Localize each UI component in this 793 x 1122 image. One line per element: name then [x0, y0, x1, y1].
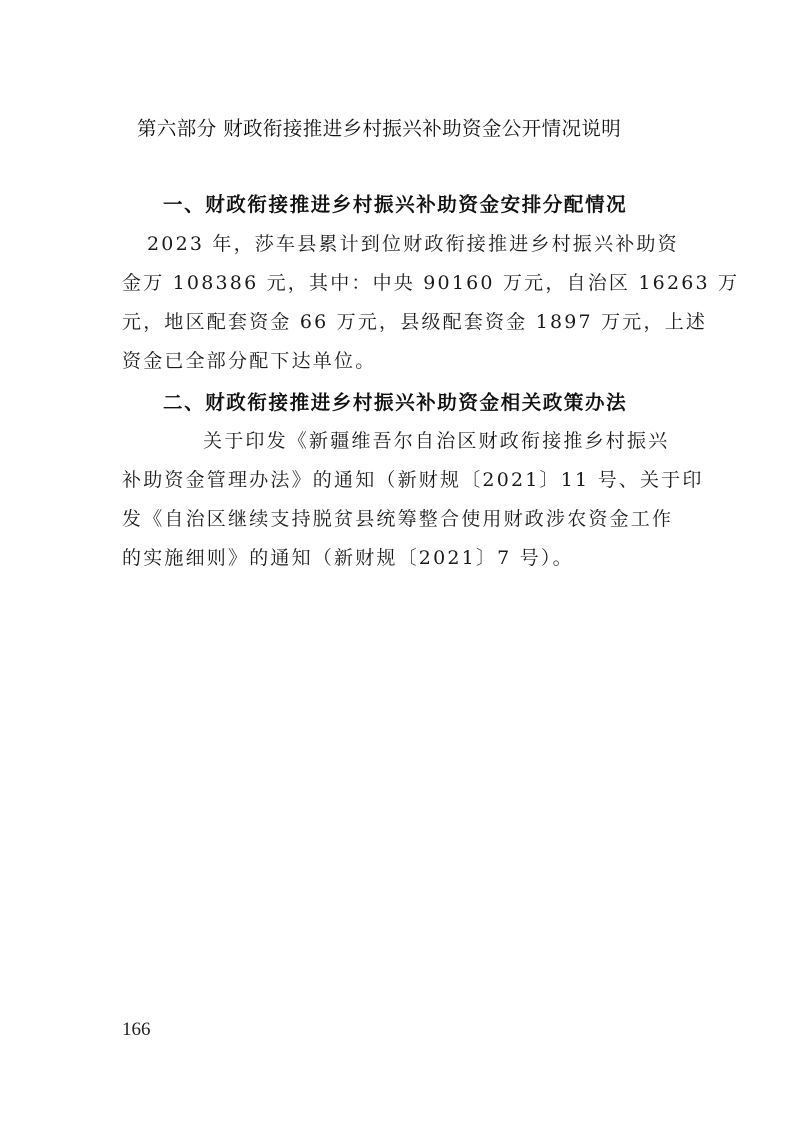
paragraph-line: 金万 108386 元，其中：中央 90160 万元，自治区 16263 万	[122, 268, 739, 295]
paragraph-line: 的实施细则》的通知（新财规〔2021〕7 号）。	[122, 543, 574, 570]
page-number: 166	[122, 1019, 151, 1041]
paragraph-line: 资金已全部分配下达单位。	[122, 346, 376, 373]
page-title: 第六部分 财政衔接推进乡村振兴补助资金公开情况说明	[137, 113, 621, 141]
paragraph-line: 发《自治区继续支持脱贫县统筹整合使用财政涉农资金工作	[122, 504, 673, 531]
section-heading-2: 二、财政衔接推进乡村振兴补助资金相关政策办法	[163, 387, 627, 415]
paragraph-line: 元，地区配套资金 66 万元，县级配套资金 1897 万元，上述	[122, 307, 707, 334]
paragraph-line: 补助资金管理办法》的通知（新财规〔2021〕11 号、关于印	[122, 465, 704, 492]
section-heading-1: 一、财政衔接推进乡村振兴补助资金安排分配情况	[163, 189, 627, 217]
paragraph-line: 关于印发《新疆维吾尔自治区财政衔接推乡村振兴	[203, 426, 669, 453]
paragraph-line: 2023 年，莎车县累计到位财政衔接推进乡村振兴补助资	[147, 229, 679, 256]
